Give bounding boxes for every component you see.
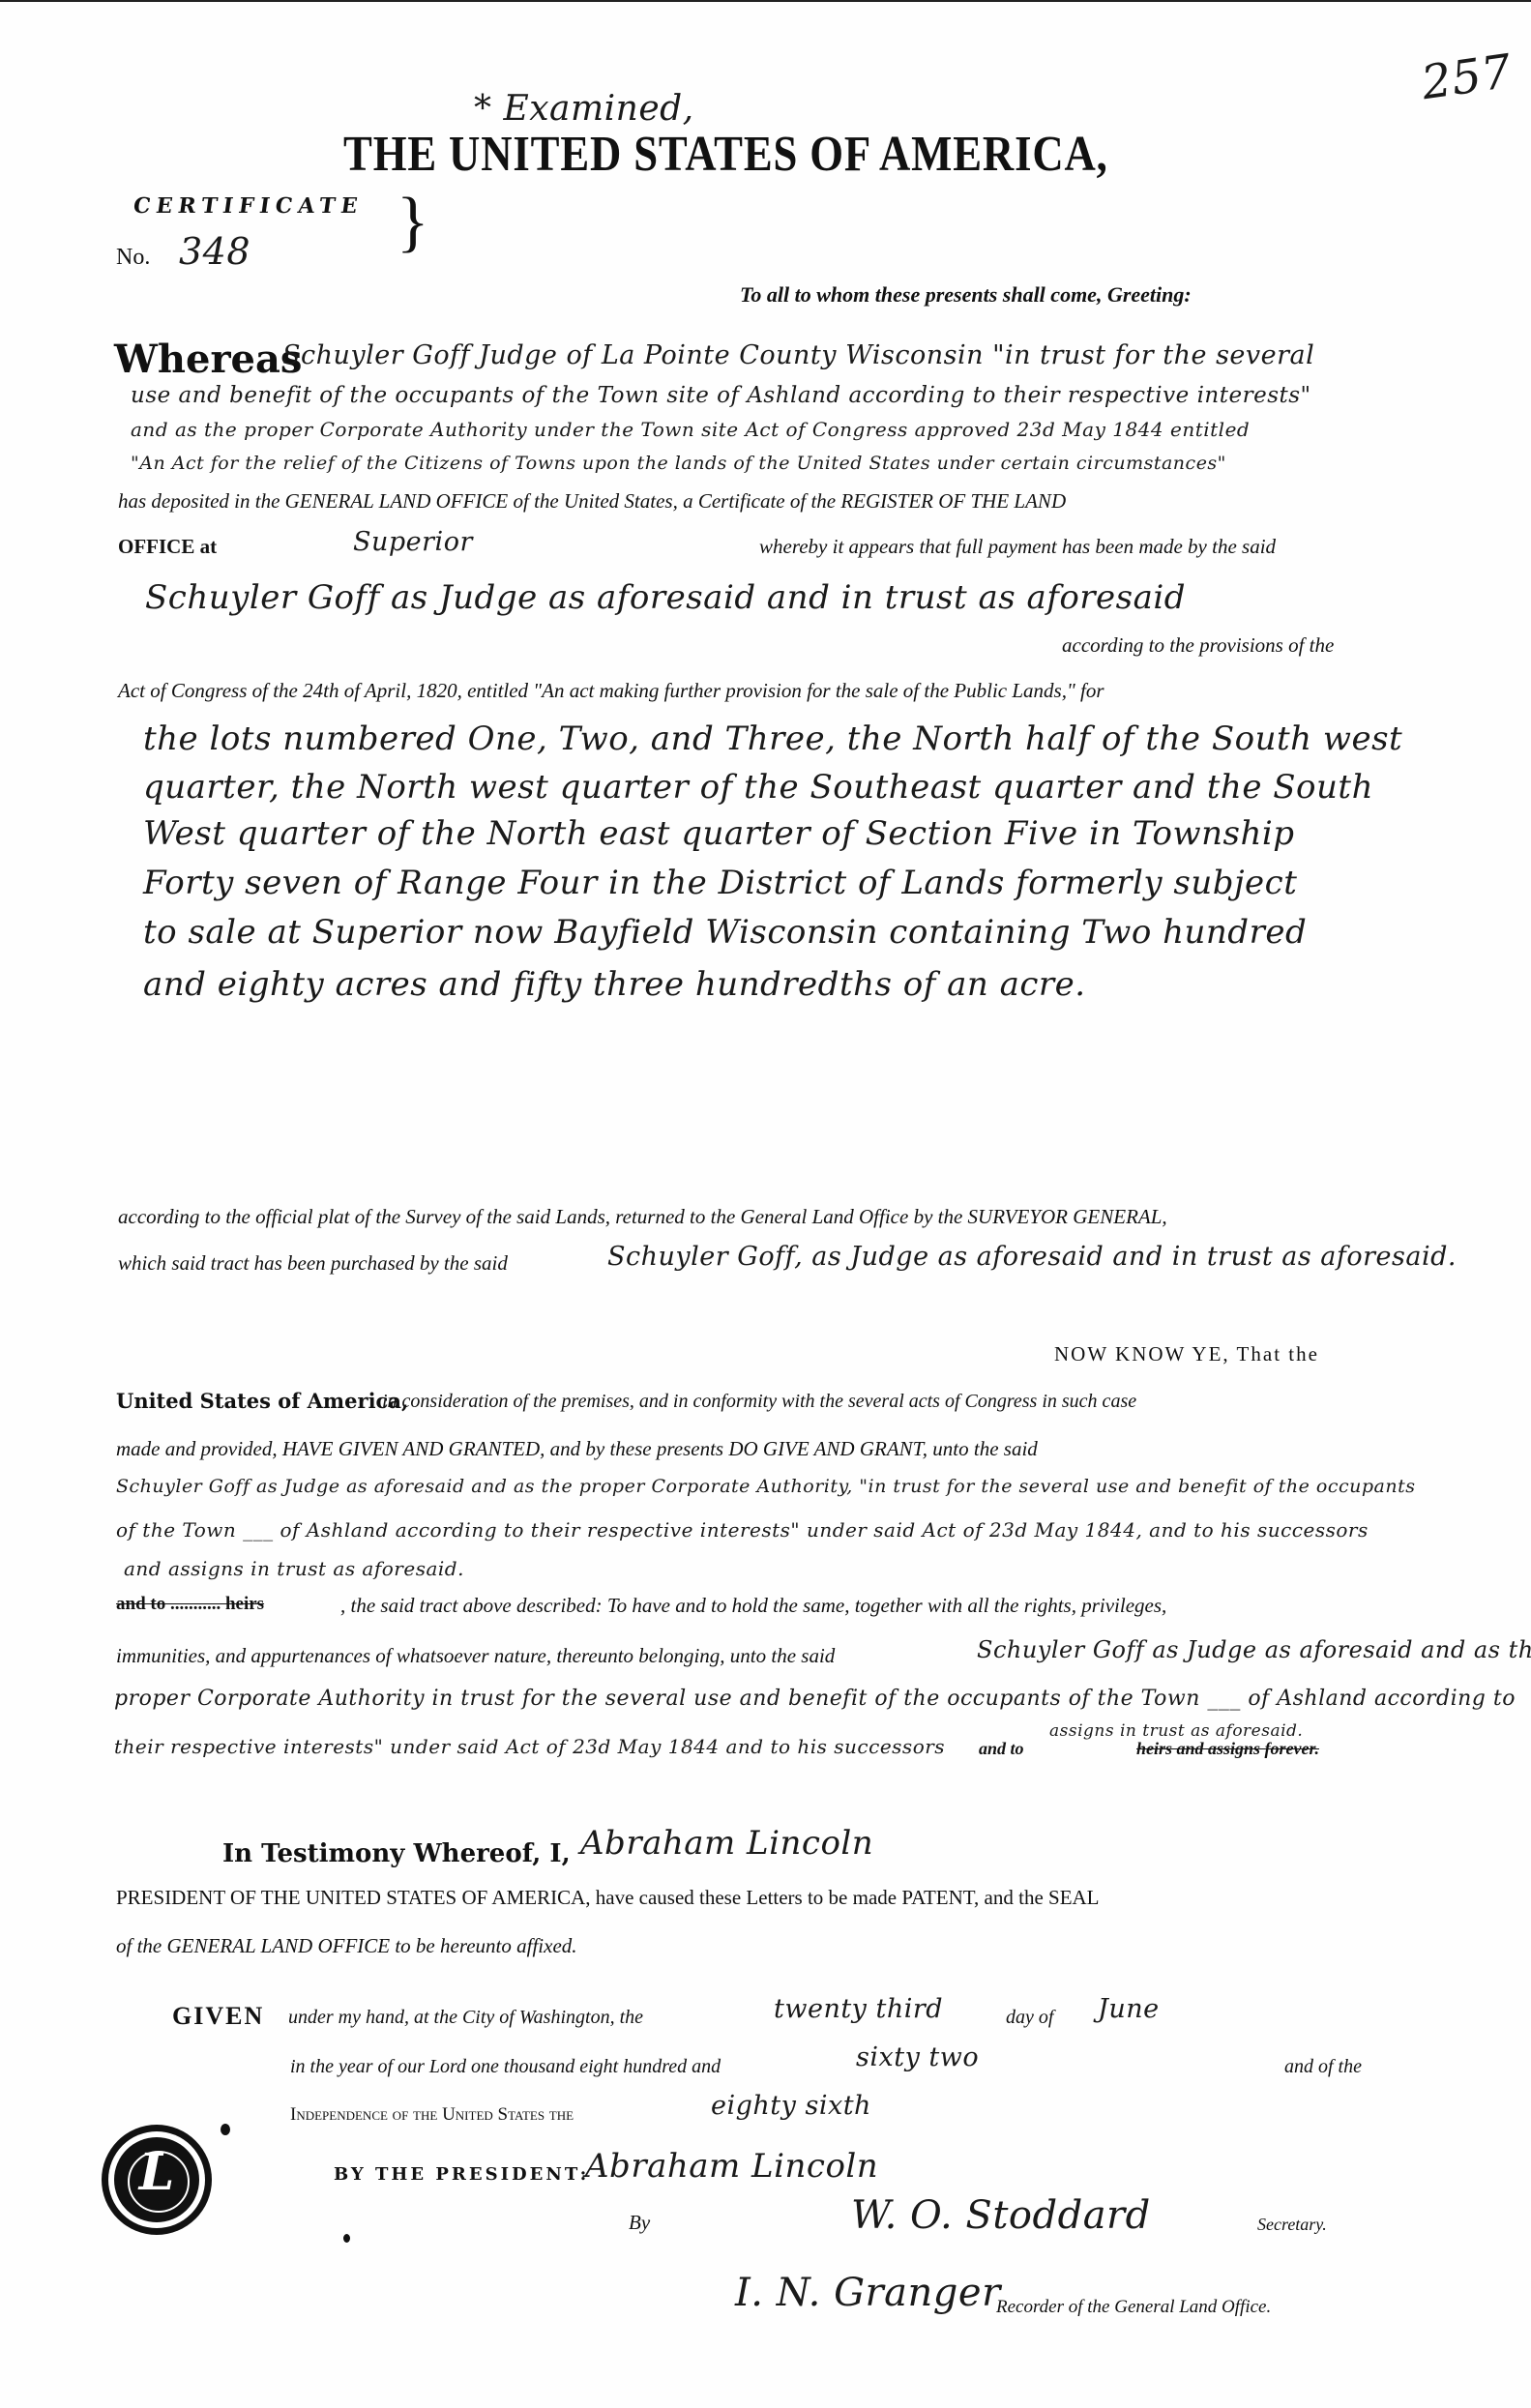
land-patent-document: 257 * Examined, THE UNITED STATES OF AME… (0, 0, 1531, 2408)
president-line: PRESIDENT OF THE UNITED STATES OF AMERIC… (116, 1886, 1100, 1910)
document-title: THE UNITED STATES OF AMERICA, (343, 126, 1108, 183)
whereas-lead-word: Whereas (114, 337, 302, 382)
grantee-handwritten-line: of the Town ___ of Ashland according to … (116, 1518, 1369, 1542)
greeting: To all to whom these presents shall come… (740, 282, 1192, 308)
heirs-forever-struck: heirs and assigns forever. (1136, 1739, 1319, 1759)
secretary-signature: W. O. Stoddard (851, 2193, 1151, 2238)
heirs-struck-text: and to ........... heirs (116, 1594, 264, 1615)
year-handwritten: sixty two (856, 2042, 979, 2072)
independence-handwritten: eighty sixth (711, 2091, 871, 2121)
ink-dot (221, 2124, 230, 2135)
purchase-line: which said tract has been purchased by t… (118, 1251, 508, 1276)
consideration-line: in consideration of the premises, and in… (382, 1391, 1136, 1413)
habendum-handwritten-line: proper Corporate Authority in trust for … (114, 1687, 1516, 1711)
immunities-handwritten: Schuyler Goff as Judge as aforesaid and … (977, 1636, 1531, 1663)
and-of-the-label: and of the (1284, 2056, 1362, 2078)
secretary-title: Secretary. (1257, 2215, 1327, 2235)
ink-dot (343, 2234, 350, 2243)
scan-top-border (0, 0, 1531, 2)
official-plat-line: according to the official plat of the Su… (118, 1205, 1167, 1229)
payment-line: whereby it appears that full payment has… (759, 535, 1276, 559)
independence-line: Independence of the United States the (290, 2104, 574, 2126)
office-at-label: OFFICE at (118, 535, 217, 559)
deposited-line: has deposited in the GENERAL LAND OFFICE… (118, 489, 1066, 514)
land-description-line: Forty seven of Range Four in the Distric… (143, 864, 1297, 902)
president-signature: Abraham Lincoln (580, 1824, 873, 1863)
year-line: in the year of our Lord one thousand eig… (290, 2056, 721, 2078)
examined-note: * Examined, (474, 89, 694, 129)
page-number: 257 (1419, 44, 1516, 110)
general-land-office-seal-icon: L (114, 2137, 199, 2222)
certificate-label: CERTIFICATE (132, 193, 365, 219)
assigns-insert: assigns in trust as aforesaid. (1049, 1721, 1303, 1741)
by-the-president-label: BY THE PRESIDENT: (334, 2164, 589, 2185)
land-description-line: West quarter of the North east quarter o… (143, 814, 1294, 853)
day-of-label: day of (1006, 2007, 1053, 2029)
recorder-title: Recorder of the General Land Office. (996, 2297, 1271, 2318)
payer-handwritten: Schuyler Goff as Judge as aforesaid and … (145, 578, 1186, 617)
month-handwritten: June (1098, 1994, 1160, 2024)
handwritten-line: and as the proper Corporate Authority un… (131, 418, 1250, 441)
provisions-line: according to the provisions of the (1062, 633, 1334, 658)
testimony-lead: In Testimony Whereof, I, (222, 1839, 571, 1868)
act-of-congress-line: Act of Congress of the 24th of April, 18… (118, 679, 1104, 703)
land-description-line: to sale at Superior now Bayfield Wiscons… (143, 913, 1307, 952)
seal-glyph: L (114, 2143, 199, 2202)
land-description-line: the lots numbered One, Two, and Three, t… (143, 719, 1402, 758)
handwritten-line: use and benefit of the occupants of the … (131, 383, 1311, 408)
united-states-of-america: United States of America, (116, 1389, 408, 1413)
seal-line: of the GENERAL LAND OFFICE to be hereunt… (116, 1934, 577, 1958)
recorder-signature: I. N. Granger (735, 2271, 1001, 2315)
president-signature-bottom: Abraham Lincoln (585, 2147, 878, 2186)
certificate-number: 348 (179, 230, 250, 273)
handwritten-line: Schuyler Goff Judge of La Pointe County … (282, 340, 1314, 370)
land-description-line: and eighty acres and fifty three hundred… (143, 965, 1086, 1004)
grantee-handwritten-line: and assigns in trust as aforesaid. (124, 1557, 464, 1580)
certificate-number-label: No. (116, 245, 150, 271)
by-label: By (629, 2211, 650, 2235)
immunities-line: immunities, and appurtenances of whatsoe… (116, 1644, 835, 1668)
given-and-granted-line: made and provided, HAVE GIVEN AND GRANTE… (116, 1437, 1038, 1461)
grantee-handwritten-line: Schuyler Goff as Judge as aforesaid and … (116, 1476, 1415, 1497)
office-location: Superior (353, 527, 473, 557)
now-know-ye: NOW KNOW YE, That the (1054, 1342, 1319, 1366)
given-line: under my hand, at the City of Washington… (288, 2007, 643, 2029)
day-handwritten: twenty third (774, 1994, 943, 2024)
handwritten-line: "An Act for the relief of the Citizens o… (131, 453, 1226, 474)
brace-icon: } (397, 193, 429, 251)
habendum-handwritten-line: their respective interests" under said A… (114, 1735, 945, 1758)
given-word: GIVEN (172, 2002, 264, 2031)
and-to-text: and to (979, 1739, 1024, 1759)
purchase-handwritten: Schuyler Goff, as Judge as aforesaid and… (607, 1242, 1457, 1272)
habendum-line: , the said tract above described: To hav… (340, 1594, 1166, 1618)
land-description-line: quarter, the North west quarter of the S… (143, 768, 1373, 807)
